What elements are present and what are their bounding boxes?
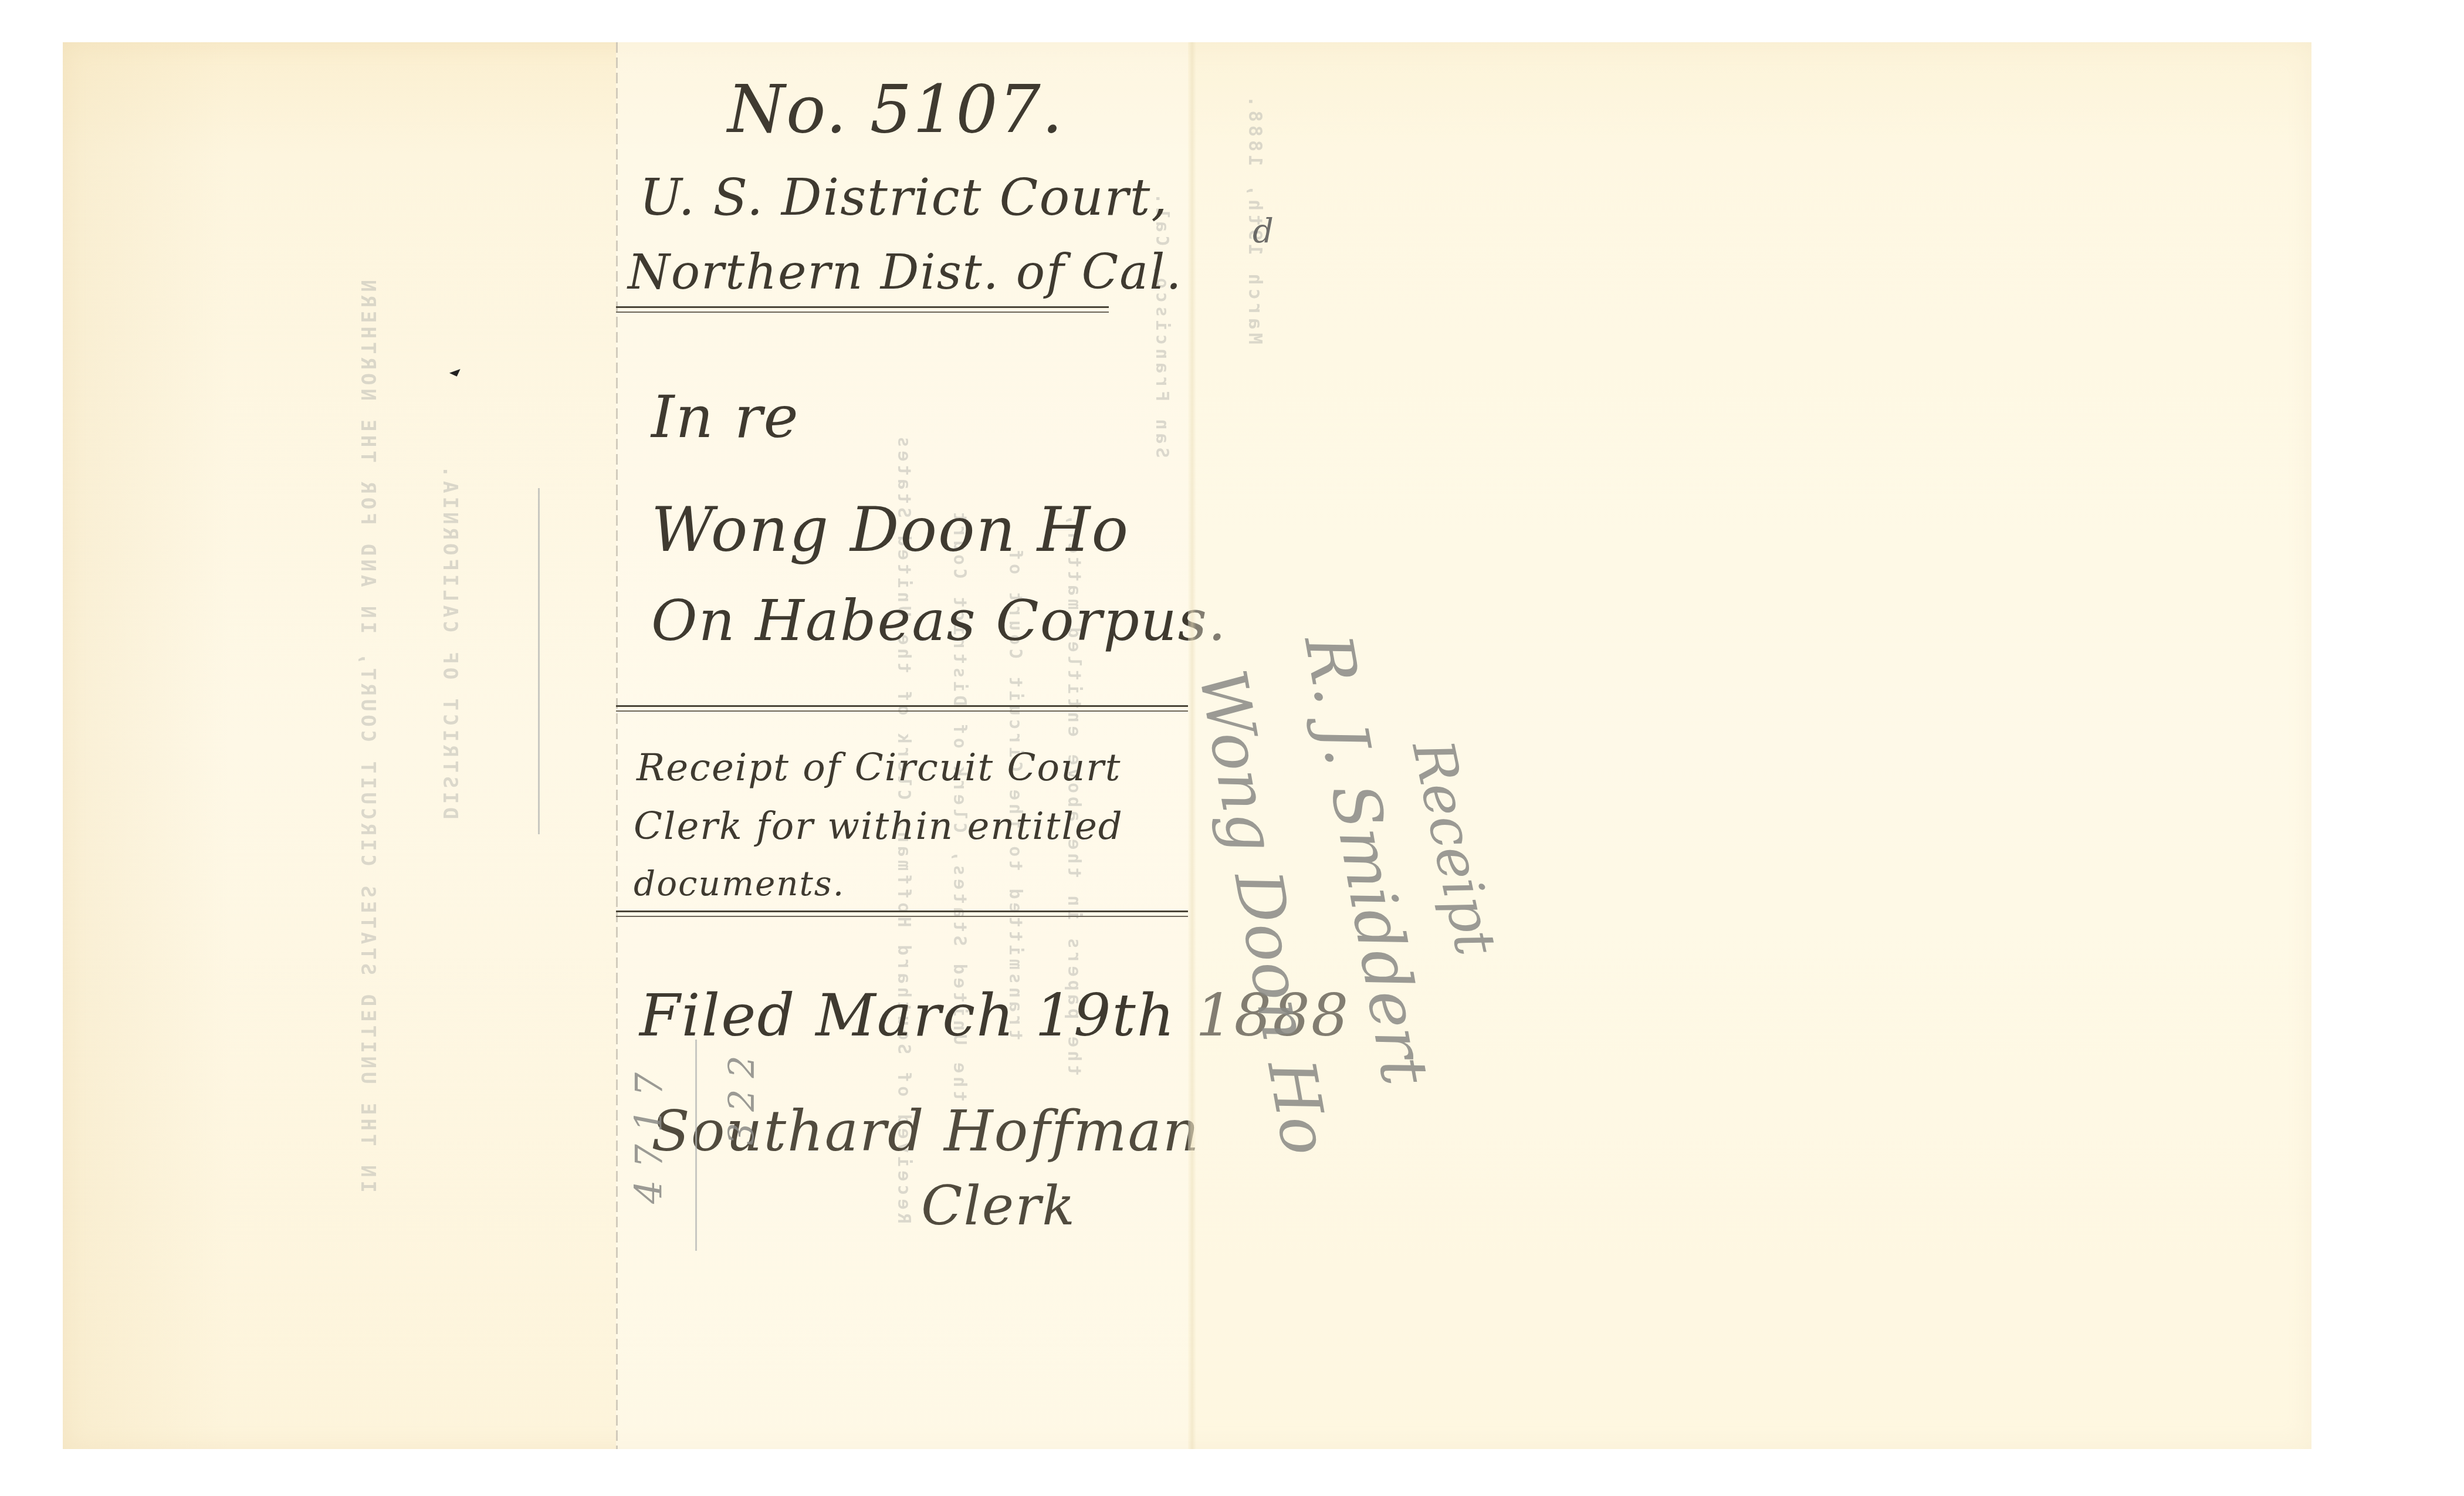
section-divider-2: [616, 705, 1188, 707]
pencil-margin-note-1: 4 7 1 7: [628, 1072, 671, 1204]
section-divider-3: [616, 911, 1188, 912]
section-divider-1: [616, 306, 1109, 308]
docket-number: No. 5107.: [727, 72, 1064, 148]
court-district: Northern Dist. of Cal.: [628, 245, 1183, 300]
description-line2: Clerk for within entitled: [634, 805, 1123, 848]
pencil-tick: d: [1253, 212, 1274, 251]
document-sheet: IN THE UNITED STATES CIRCUIT COURT, IN A…: [63, 42, 2311, 1449]
bleed-through-header-line2: DISTRICT OF CALIFORNIA.: [438, 462, 462, 820]
bleed-through-header-line1: IN THE UNITED STATES CIRCUIT COURT, IN A…: [356, 276, 380, 1193]
bleed-through-place: San Francisco, Cal.: [1152, 189, 1172, 458]
center-panel: the papers in the above entitled matter,…: [616, 42, 1188, 1449]
margin-rule: [695, 1040, 697, 1251]
description-line1: Receipt of Circuit Court: [637, 746, 1122, 790]
case-proceeding: On Habeas Corpus.: [651, 588, 1227, 654]
left-panel: IN THE UNITED STATES CIRCUIT COURT, IN A…: [63, 42, 616, 1449]
description-line3: documents.: [634, 864, 845, 903]
pencil-margin-note-2: 3 2 2: [722, 1055, 763, 1145]
court-name: U. S. District Court,: [639, 168, 1169, 227]
ink-speck: [449, 369, 462, 378]
right-panel: March 19th, 1888. d Wong Doon Ho R. J. S…: [1188, 42, 2311, 1449]
bleed-through-rule: [538, 488, 540, 834]
case-party-name: Wong Doon Ho: [651, 494, 1129, 566]
clerk-title: Clerk: [921, 1175, 1076, 1237]
case-in-re: In re: [651, 383, 800, 451]
